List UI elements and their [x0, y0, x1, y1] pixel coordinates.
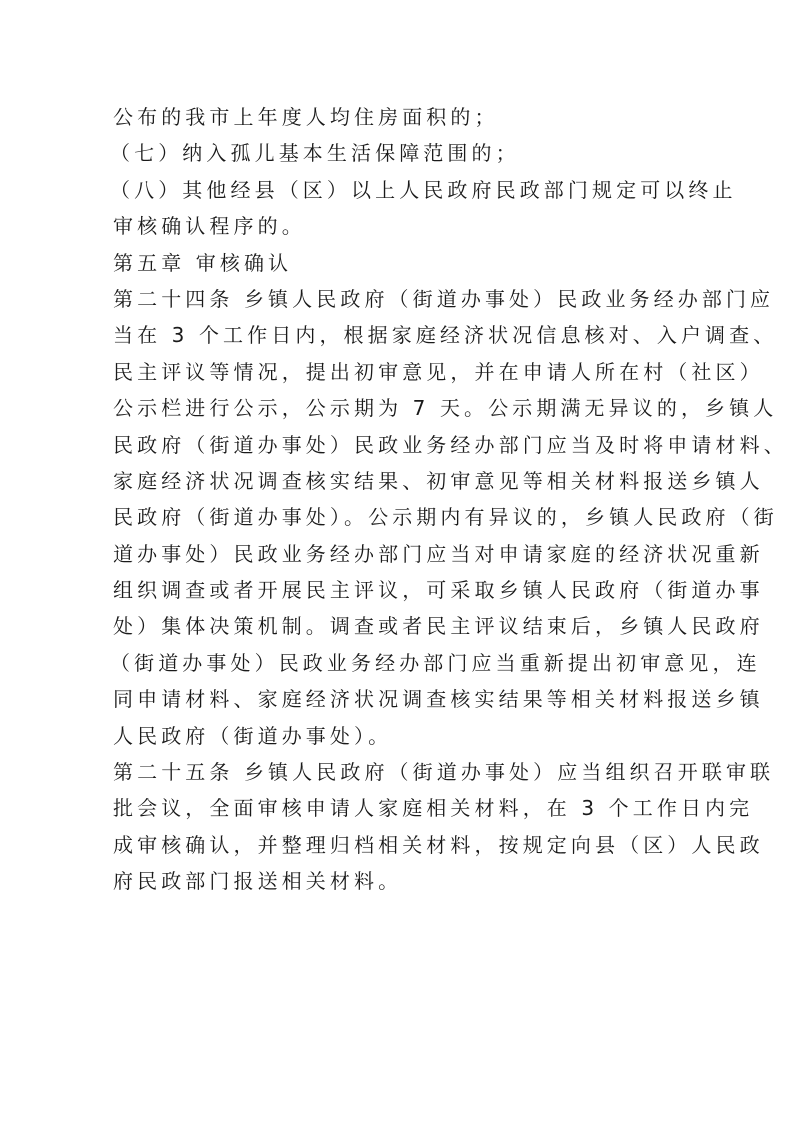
article-24-line-7: 民政府（街道办事处）。公示期内有异议的，乡镇人民政府（街: [113, 499, 713, 535]
article-25-line-4: 府民政部门报送相关材料。: [113, 863, 713, 899]
article-24-line-10: 处）集体决策机制。调查或者民主评议结束后，乡镇人民政府: [113, 608, 713, 644]
text-line-clause-6-continued: 公布的我市上年度人均住房面积的；: [113, 99, 713, 135]
article-24-line-9: 组织调查或者开展民主评议，可采取乡镇人民政府（街道办事: [113, 572, 713, 608]
article-24-line-13: 人民政府（街道办事处）。: [113, 718, 713, 754]
text-line-clause-8: （八）其他经县（区）以上人民政府民政部门规定可以终止: [110, 172, 713, 208]
text-line-clause-8-continued: 审核确认程序的。: [113, 208, 713, 244]
document-page: 公布的我市上年度人均住房面积的； （七）纳入孤儿基本生活保障范围的； （八）其他…: [113, 99, 713, 900]
article-24-line-12: 同申请材料、家庭经济状况调查核实结果等相关材料报送乡镇: [113, 681, 713, 717]
article-25-line-3: 成审核确认，并整理归档相关材料，按规定向县（区）人民政: [113, 827, 713, 863]
chapter-heading: 第五章 审核确认: [113, 245, 713, 281]
article-25-line-1: 第二十五条 乡镇人民政府（街道办事处）应当组织召开联审联: [113, 754, 713, 790]
article-24-line-3: 民主评议等情况，提出初审意见，并在申请人所在村（社区）: [113, 354, 713, 390]
article-24-line-6: 家庭经济状况调查核实结果、初审意见等相关材料报送乡镇人: [113, 463, 713, 499]
article-24-line-2: 当在 3 个工作日内，根据家庭经济状况信息核对、入户调查、: [113, 317, 713, 353]
article-25-line-2: 批会议，全面审核申请人家庭相关材料，在 3 个工作日内完: [113, 790, 713, 826]
article-24-line-1: 第二十四条 乡镇人民政府（街道办事处）民政业务经办部门应: [113, 281, 713, 317]
text-line-clause-7: （七）纳入孤儿基本生活保障范围的；: [110, 135, 713, 171]
article-24-line-8: 道办事处）民政业务经办部门应当对申请家庭的经济状况重新: [113, 536, 713, 572]
article-24-line-4: 公示栏进行公示，公示期为 7 天。公示期满无异议的，乡镇人: [113, 390, 713, 426]
article-24-line-11: （街道办事处）民政业务经办部门应当重新提出初审意见，连: [110, 645, 713, 681]
article-24-line-5: 民政府（街道办事处）民政业务经办部门应当及时将申请材料、: [113, 427, 713, 463]
